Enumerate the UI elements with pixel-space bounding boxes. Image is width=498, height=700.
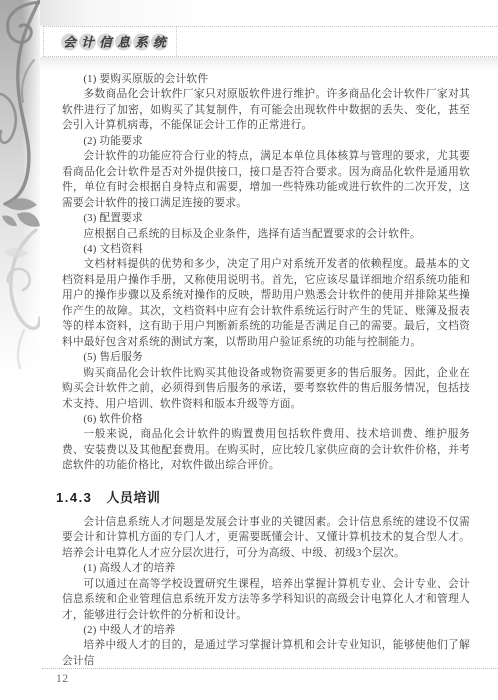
header-divider	[176, 27, 177, 56]
paragraph: 会计信息系统人才问题是发展会计事业的关键因素。会计信息系统的建设不仅需要会计和计…	[62, 515, 470, 561]
numbered-item-heading: (5) 售后服务	[62, 350, 470, 365]
page-number: 12	[56, 673, 69, 685]
header-title-char: 会	[61, 33, 78, 50]
paragraph: 一般来说，商品化会计软件的购置费用包括软件费用、技术培训费、维护服务费、安装费以…	[62, 427, 470, 473]
under-header-shade-band	[0, 57, 498, 72]
top-shade-band	[0, 0, 498, 26]
numbered-item-heading: (6) 软件价格	[62, 412, 470, 427]
running-header: 会计信息系统	[43, 26, 498, 57]
numbered-item-heading: (1) 高级人才的培养	[62, 561, 470, 576]
section-number: 1.4.3	[56, 490, 92, 505]
header-title-char: 统	[151, 33, 168, 50]
paragraph: 文档材料提供的优势和多少，决定了用户对系统开发者的依赖程度。最基本的文档资料是用…	[62, 257, 470, 350]
header-title: 会计信息系统	[61, 33, 169, 50]
paragraph: 购买商品化会计软件比购买其他设备或物资需要更多的售后服务。因此，企业在购买会计软…	[62, 366, 470, 412]
paragraph: 多数商品化会计软件厂家只对原版软件进行维护。许多商品化会计软件厂家对其软件进行了…	[62, 87, 470, 133]
section-heading: 1.4.3人员培训	[56, 487, 470, 506]
body-content: (1) 要购买原版的会计软件多数商品化会计软件厂家只对原版软件进行维护。许多商品…	[62, 72, 470, 669]
paragraph: 会计软件的功能应符合行业的特点，满足本单位具体核算与管理的要求，尤其要看商品化会…	[62, 149, 470, 211]
numbered-item-heading: (4) 文档资料	[62, 242, 470, 257]
header-title-char: 息	[115, 33, 132, 50]
paragraph: 应根据自己系统的目标及企业条件，选择有适当配置要求的会计软件。	[62, 227, 470, 242]
footer-rule	[42, 668, 498, 669]
paragraph: 可以通过在高等学校设置研究生课程，培养出掌握计算机专业、会计专业、会计信息系统和…	[62, 577, 470, 623]
section-title: 人员培训	[106, 490, 160, 505]
paragraph: 培养中级人才的目的，是通过学习掌握计算机和会计专业知识，能够使他们了解会计信	[62, 638, 470, 669]
numbered-item-heading: (2) 中级人才的培养	[62, 623, 470, 638]
floral-ornament	[0, 0, 40, 380]
floral-ornament-icon	[0, 0, 40, 380]
header-title-char: 系	[133, 33, 150, 50]
numbered-item-heading: (1) 要购买原版的会计软件	[62, 72, 470, 87]
book-page: 会计信息系统 (1) 要购买原版的会计软件多数商品化会计软件厂家只对原版软件进行…	[0, 0, 498, 700]
header-title-char: 计	[79, 33, 96, 50]
numbered-item-heading: (3) 配置要求	[62, 211, 470, 226]
numbered-item-heading: (2) 功能要求	[62, 134, 470, 149]
header-title-char: 信	[97, 33, 114, 50]
